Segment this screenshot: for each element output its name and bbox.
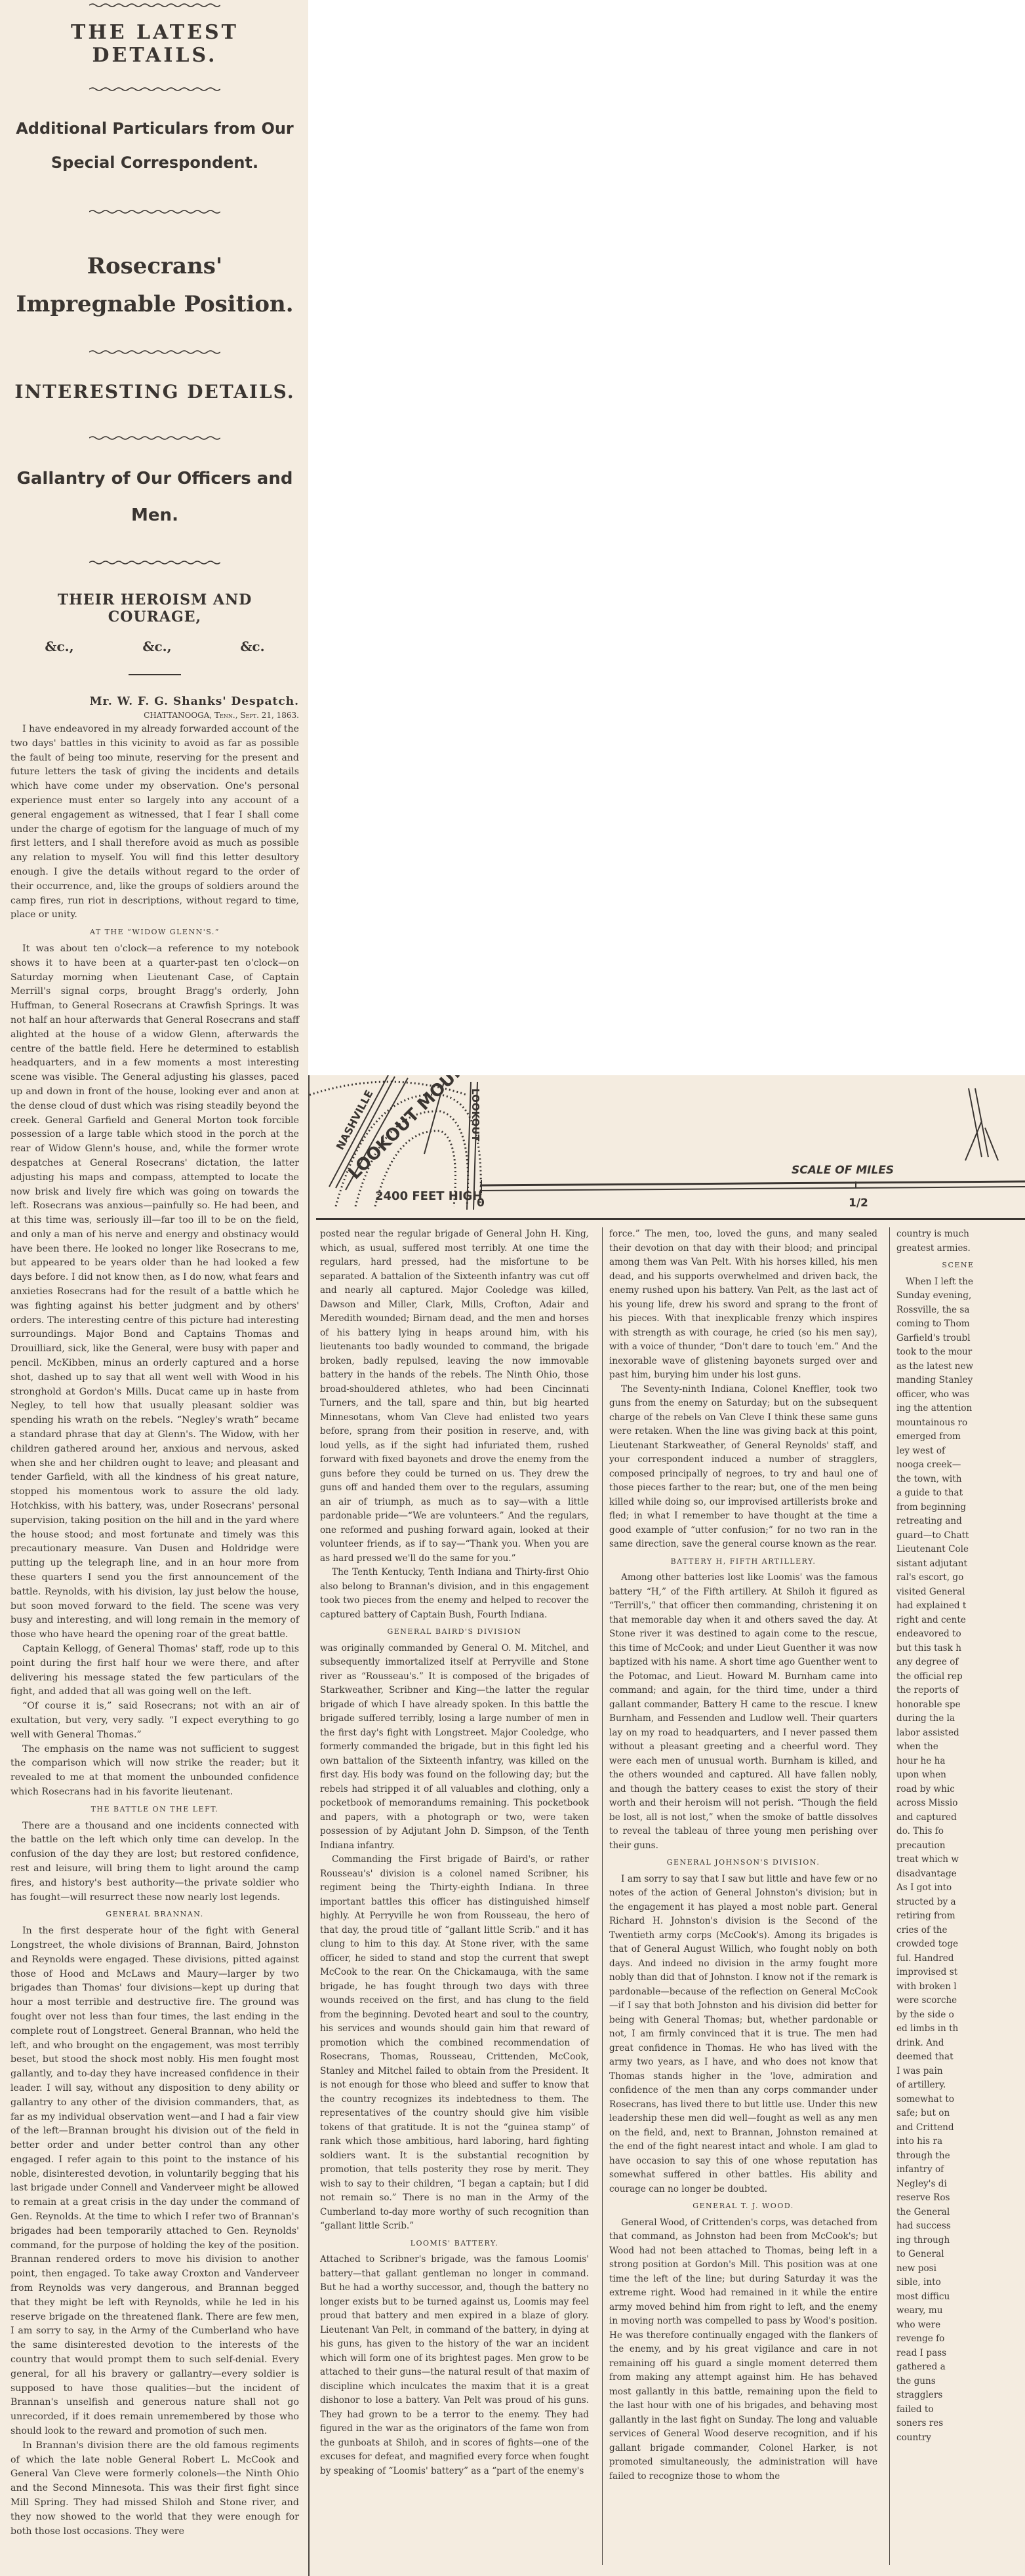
- horizontal-rule: [316, 1218, 1025, 1220]
- text-line: When I left the: [896, 1275, 1020, 1290]
- text-line: treat which w: [896, 1853, 1020, 1867]
- text-line: read I pass: [896, 2347, 1020, 2361]
- text-line: ful. Handred: [896, 1952, 1020, 1966]
- text-line: revenge fo: [896, 2332, 1020, 2347]
- text-line: somewhat to: [896, 2093, 1020, 2107]
- text-line: improvised st: [896, 1966, 1020, 1980]
- paragraph: Among other batteries lost like Loomis' …: [609, 1571, 877, 1853]
- text-line: endeavored to: [896, 1627, 1020, 1642]
- paragraph: Captain Kellogg, of General Thomas' staf…: [10, 1642, 299, 1699]
- text-line: road by whic: [896, 1783, 1020, 1797]
- text-line: ral's escort, go: [896, 1571, 1020, 1585]
- text-line: guard—to Chatt: [896, 1529, 1020, 1543]
- text-line: do. This fo: [896, 1825, 1020, 1839]
- right-page-block: NASHVILLE LOOKOUT MOUNTAIN 2400 FEET HIG…: [308, 1075, 1025, 2576]
- paragraph: There are a thousand and one incidents c…: [10, 1819, 299, 1905]
- left-column: THE LATEST DETAILS. Additional Particula…: [0, 0, 308, 2576]
- text-line: during the la: [896, 1712, 1020, 1726]
- text-line: but this task h: [896, 1642, 1020, 1656]
- subhead-scene: SCENE: [896, 1258, 1020, 1273]
- despatch-title: Mr. W. F. G. Shanks' Despatch.: [10, 695, 299, 708]
- text-line: disadvantage: [896, 1867, 1020, 1882]
- text-line: took to the mour: [896, 1345, 1020, 1360]
- text-line: visited General: [896, 1585, 1020, 1600]
- subhead-johnson-division: GENERAL JOHNSON'S DIVISION.: [609, 1855, 877, 1870]
- headline-gallantry: Gallantry of Our Officers and Men.: [10, 460, 299, 534]
- text-line: the General: [896, 2206, 1020, 2220]
- wavy-rule: [89, 209, 220, 214]
- short-rule: [129, 674, 181, 675]
- headline-latest-details: THE LATEST DETAILS.: [10, 21, 299, 67]
- text-line: the official rep: [896, 1670, 1020, 1684]
- column-4-text: country is muchgreatest armies.SCENEWhen…: [896, 1227, 1020, 2445]
- column-3: force.” The men, too, loved the guns, an…: [602, 1227, 884, 2565]
- text-line: and captured: [896, 1811, 1020, 1825]
- paragraph: force.” The men, too, loved the guns, an…: [609, 1227, 877, 1383]
- text-line: manding Stanley: [896, 1374, 1020, 1388]
- text-line: officer, who was: [896, 1388, 1020, 1402]
- text-line: Rossville, the sa: [896, 1303, 1020, 1318]
- text-line: ing through: [896, 2234, 1020, 2248]
- text-line: retreating and: [896, 1515, 1020, 1529]
- text-line: and Crittend: [896, 2121, 1020, 2135]
- text-line: by the side o: [896, 2008, 1020, 2023]
- paragraph: “Of course it is,” said Rosecrans; not w…: [10, 1699, 299, 1742]
- text-line: Garfield's troubl: [896, 1332, 1020, 1346]
- text-line: failed to: [896, 2403, 1020, 2417]
- paragraph: General Wood, of Crittenden's corps, was…: [609, 2216, 877, 2484]
- text-line: country is much: [896, 1227, 1020, 1242]
- text-line: through the: [896, 2149, 1020, 2164]
- text-line: sible, into: [896, 2276, 1020, 2290]
- text-line: hour he ha: [896, 1754, 1020, 1769]
- wavy-rule: [89, 560, 220, 565]
- text-line: were scorche: [896, 1994, 1020, 2008]
- article-body-left: I have endeavored in my already forwarde…: [10, 723, 299, 2539]
- text-line: cries of the: [896, 1924, 1020, 1938]
- scale-tick-0: 0: [477, 1197, 485, 1210]
- text-line: nooga creek—: [896, 1458, 1020, 1473]
- text-line: most difficu: [896, 2290, 1020, 2305]
- paragraph: I have endeavored in my already forwarde…: [10, 723, 299, 922]
- paragraph: posted near the regular brigade of Gener…: [320, 1227, 589, 1566]
- column-4-partial: country is muchgreatest armies.SCENEWhen…: [889, 1227, 1025, 2565]
- wavy-rule: [89, 87, 220, 92]
- subhead-general-wood: GENERAL T. J. WOOD.: [609, 2199, 877, 2213]
- text-line: ing the attention: [896, 1402, 1020, 1416]
- text-line: any degree of: [896, 1655, 1020, 1670]
- text-line: as the latest new: [896, 1360, 1020, 1374]
- text-line: greatest armies.: [896, 1242, 1020, 1256]
- text-line: infantry of: [896, 2163, 1020, 2177]
- text-line: had success: [896, 2219, 1020, 2234]
- text-line: upon when: [896, 1768, 1020, 1783]
- wavy-rule: [89, 349, 220, 355]
- paragraph: In the first desperate hour of the fight…: [10, 1924, 299, 2439]
- text-line: of artillery.: [896, 2078, 1020, 2093]
- headline-additional-particulars: Additional Particulars from Our Special …: [10, 111, 299, 180]
- text-line: soners res: [896, 2417, 1020, 2431]
- text-line: deemed that: [896, 2050, 1020, 2065]
- text-line: emerged from: [896, 1430, 1020, 1444]
- text-line: into his ra: [896, 2135, 1020, 2149]
- text-line: sistant adjutant: [896, 1557, 1020, 1572]
- text-line: from beginning: [896, 1501, 1020, 1515]
- text-line: when the: [896, 1740, 1020, 1754]
- subhead-battery-h: BATTERY H, FIFTH ARTILLERY.: [609, 1555, 877, 1569]
- map-label-scale: SCALE OF MILES: [792, 1164, 894, 1177]
- headline-rosecrans-position: Rosecrans' Impregnable Position.: [10, 247, 299, 323]
- text-line: to General: [896, 2248, 1020, 2262]
- text-line: precaution: [896, 1839, 1020, 1853]
- paragraph: The emphasis on the name was not suffici…: [10, 1743, 299, 1800]
- text-line: labor assisted: [896, 1726, 1020, 1741]
- text-line: right and cente: [896, 1614, 1020, 1628]
- subhead-battle-left: THE BATTLE ON THE LEFT.: [10, 1802, 299, 1817]
- text-line: with broken l: [896, 1980, 1020, 1994]
- text-line: Negley's di: [896, 2177, 1020, 2192]
- subhead-loomis-battery: LOOMIS' BATTERY.: [320, 2236, 589, 2251]
- text-line: Sunday evening,: [896, 1289, 1020, 1303]
- paragraph: Commanding the First brigade of Baird's,…: [320, 1853, 589, 2234]
- text-line: mountainous ro: [896, 1416, 1020, 1431]
- text-line: the guns: [896, 2375, 1020, 2389]
- text-line: Lieutenant Cole: [896, 1543, 1020, 1557]
- map-label-lookout: LOOKOUT: [470, 1088, 481, 1141]
- text-line: ed limbs in th: [896, 2022, 1020, 2036]
- paragraph: In Brannan's division there are the old …: [10, 2439, 299, 2539]
- headline-interesting-details: INTERESTING DETAILS.: [10, 381, 299, 403]
- paragraph: I am sorry to say that I saw but little …: [609, 1873, 877, 2197]
- paragraph: It was about ten o'clock—a reference to …: [10, 942, 299, 1642]
- text-line: across Missio: [896, 1796, 1020, 1811]
- wavy-rule: [89, 3, 220, 8]
- etc-row: &c., &c., &c.: [10, 639, 299, 654]
- lookout-mountain-map: NASHVILLE LOOKOUT MOUNTAIN 2400 FEET HIG…: [310, 1075, 1025, 1216]
- text-line: new posi: [896, 2262, 1020, 2276]
- text-line: retiring from: [896, 1909, 1020, 1924]
- text-line: country: [896, 2431, 1020, 2446]
- text-line: had explained t: [896, 1599, 1020, 1614]
- paragraph: Attached to Scribner's brigade, was the …: [320, 2253, 589, 2478]
- subhead-baird-division: GENERAL BAIRD'S DIVISION: [320, 1625, 589, 1639]
- column-2: posted near the regular brigade of Gener…: [313, 1227, 595, 2565]
- etc-3: &c.: [240, 639, 264, 654]
- text-line: ley west of: [896, 1444, 1020, 1459]
- map-label-elevation: 2400 FEET HIGH: [375, 1189, 482, 1203]
- wavy-rule: [89, 435, 220, 441]
- text-line: reserve Ros: [896, 2191, 1020, 2206]
- text-line: the town, with: [896, 1473, 1020, 1487]
- subhead-general-brannan: GENERAL BRANNAN.: [10, 1907, 299, 1922]
- text-line: the reports of: [896, 1684, 1020, 1698]
- text-line: I was pain: [896, 2065, 1020, 2079]
- map-illustration: NASHVILLE LOOKOUT MOUNTAIN 2400 FEET HIG…: [310, 1075, 1025, 1216]
- text-line: As I got into: [896, 1881, 1020, 1895]
- map-label-nashville: NASHVILLE: [334, 1088, 376, 1152]
- paragraph: The Tenth Kentucky, Tenth Indiana and Th…: [320, 1566, 589, 1622]
- text-line: structed by a: [896, 1895, 1020, 1910]
- subhead-widow-glenn: AT THE “WIDOW GLENN'S.”: [10, 925, 299, 940]
- etc-1: &c.,: [45, 639, 73, 654]
- paragraph: The Seventy-ninth Indiana, Colonel Kneff…: [609, 1383, 877, 1552]
- text-line: gathered a: [896, 2360, 1020, 2375]
- scale-tick-half: 1/2: [849, 1197, 868, 1210]
- text-line: stragglers: [896, 2388, 1020, 2403]
- headline-heroism-courage: THEIR HEROISM AND COURAGE,: [10, 591, 299, 625]
- text-line: safe; but on: [896, 2107, 1020, 2121]
- text-line: coming to Thom: [896, 1317, 1020, 1332]
- text-line: honorable spe: [896, 1698, 1020, 1713]
- text-line: weary, mu: [896, 2304, 1020, 2318]
- text-line: drink. And: [896, 2036, 1020, 2051]
- text-line: a guide to that: [896, 1486, 1020, 1501]
- dateline: CHATTANOOGA, Tenn., Sept. 21, 1863.: [10, 711, 299, 720]
- text-line: crowded toge: [896, 1937, 1020, 1952]
- paragraph: was originally commanded by General O. M…: [320, 1642, 589, 1853]
- text-line: who were: [896, 2318, 1020, 2333]
- etc-2: &c.,: [142, 639, 171, 654]
